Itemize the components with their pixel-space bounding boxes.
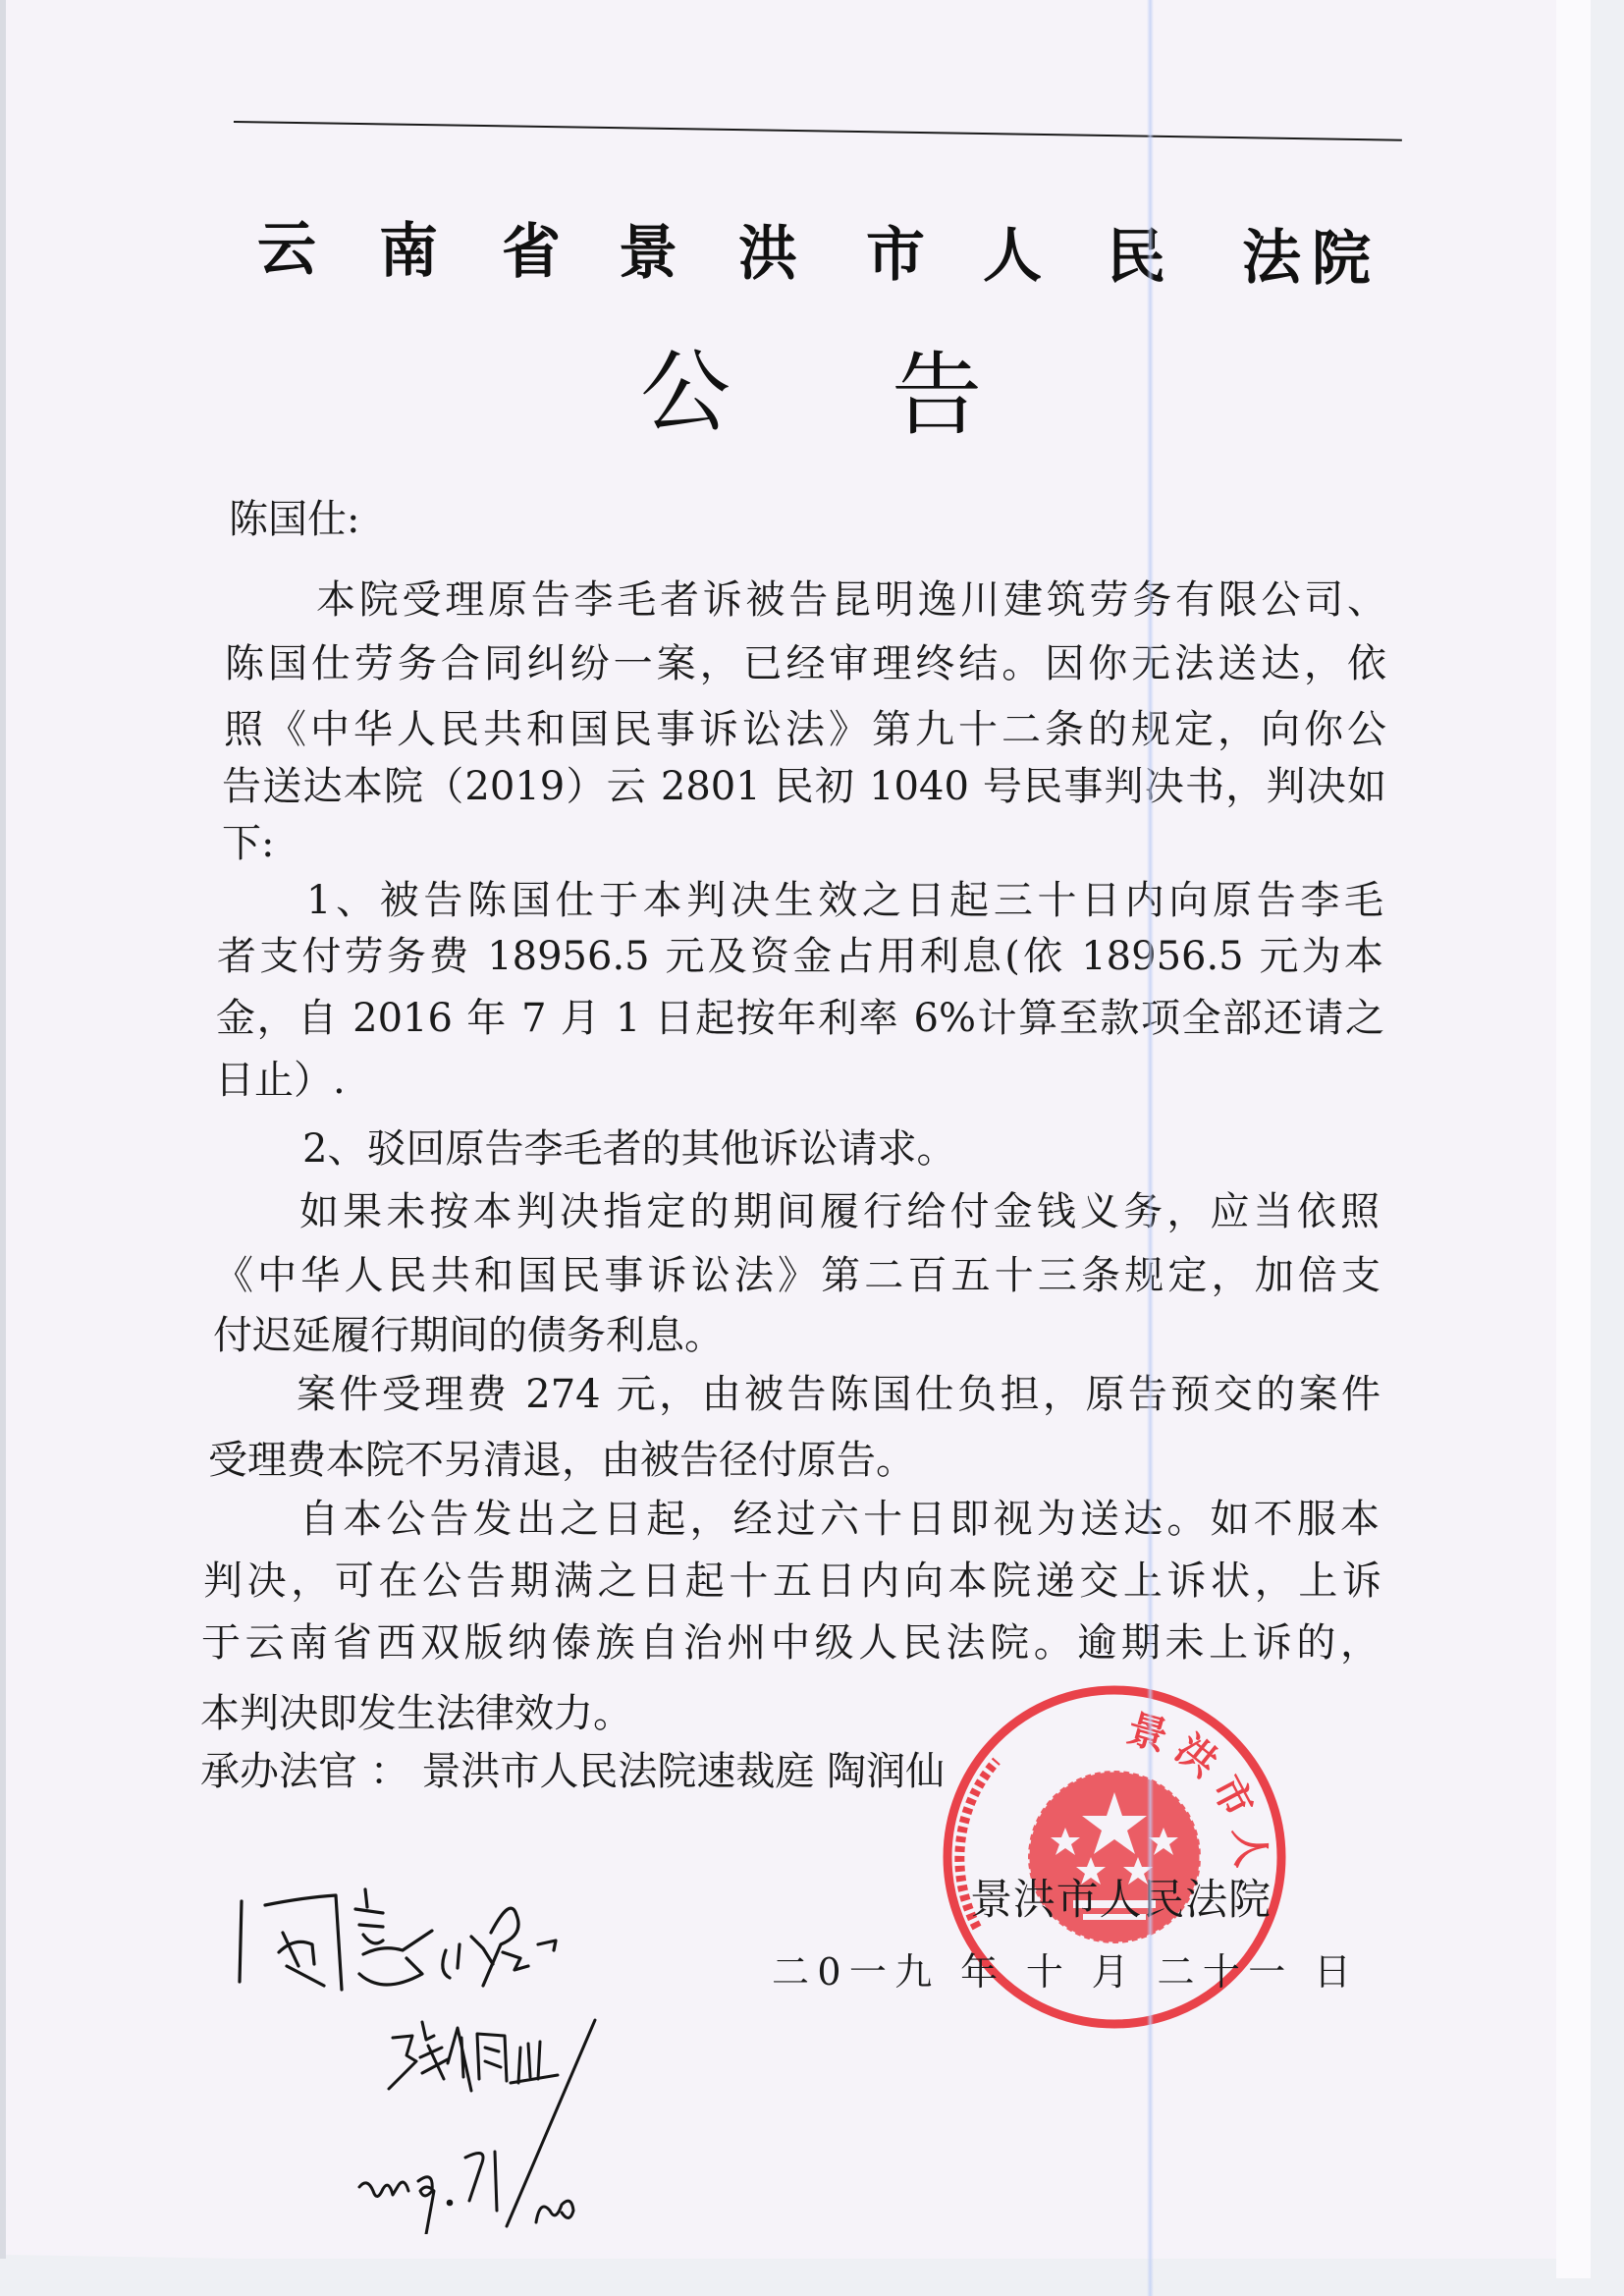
body-line: 告送达本院（2019）云 2801 民初 1040 号民事判决书，判决如 xyxy=(222,763,1386,810)
signing-court: 景洪市人民法院 xyxy=(970,1874,1271,1927)
presiding-judge: 承办法官 ： 景洪市人民法院速裁庭 陶润仙 xyxy=(200,1748,945,1795)
body-line: 者支付劳务费 18956.5 元及资金占用利息(依 18956.5 元为本 xyxy=(217,933,1383,980)
handwritten-date xyxy=(344,2008,628,2234)
court-name-char: 云 xyxy=(257,210,316,289)
body-line: 《中华人民共和国民事诉讼法》第二百五十三条规定，加倍支 xyxy=(214,1252,1380,1299)
signing-date: 二0一九 年 十 月 二十一 日 xyxy=(772,1950,1351,1994)
title-char: 告 xyxy=(892,342,982,450)
body-line: 下: xyxy=(222,820,274,867)
court-name-char: 洪 xyxy=(738,215,797,294)
court-name-char: 院 xyxy=(1312,220,1371,299)
judgment-item-1: 1、被告陈国仕于本判决生效之日起三十日内向原告李毛 xyxy=(306,877,1383,924)
addressee: 陈国仕: xyxy=(229,496,359,543)
court-name-char: 市 xyxy=(866,216,925,295)
body-line: 金，自 2016 年 7 月 1 日起按年利率 6%计算至款项全部还请之 xyxy=(216,995,1384,1042)
body-line: 本判决即发生法律效力。 xyxy=(200,1690,632,1737)
title-char: 公 xyxy=(640,339,731,447)
body-line: 如果未按本判决指定的期间履行给付金钱义务，应当依照 xyxy=(299,1188,1380,1235)
body-line: 受理费本院不另清退，由被告径付原告。 xyxy=(208,1437,915,1484)
body-line: 本院受理原告李毛者诉被告昆明逸川建筑劳务有限公司、 xyxy=(316,576,1386,624)
scan-artifact-streak xyxy=(1147,0,1154,2296)
body-line: 日止）. xyxy=(215,1057,346,1104)
court-name-char: 人 xyxy=(983,217,1042,296)
body-line: 照《中华人民共和国民事诉讼法》第九十二条的规定，向你公 xyxy=(224,706,1386,753)
body-line: 案件受理费 274 元，由被告陈国仕负担，原告预交的案件 xyxy=(297,1371,1380,1418)
judgment-item-2: 2、驳回原告李毛者的其他诉讼请求。 xyxy=(302,1125,955,1173)
notice-title: 公 告 xyxy=(0,339,1624,447)
court-name-char: 省 xyxy=(502,213,561,292)
body-line: 陈国仕劳务合同纠纷一案，已经审理终结。因你无法送达，依 xyxy=(225,640,1386,687)
body-line: 付迟延履行期间的债务利息。 xyxy=(213,1312,724,1359)
court-name-char: 南 xyxy=(379,212,438,291)
body-line: 于云南省西双版纳傣族自治州中级人民法院。逾期未上诉的， xyxy=(201,1619,1380,1667)
handwritten-slash xyxy=(507,2020,595,2226)
court-name-heading: 云 南 省 景 洪 市 人 民 法 院 xyxy=(0,210,1624,289)
body-line: 自本公告发出之日起，经过六十日即视为送达。如不服本 xyxy=(299,1496,1380,1543)
court-name-char: 民 xyxy=(1107,218,1165,297)
court-name-char: 法 xyxy=(1242,219,1301,298)
body-line: 判决，可在公告期满之日起十五日内向本院递交上诉状，上诉 xyxy=(203,1558,1381,1605)
court-name-char: 景 xyxy=(619,214,677,293)
handwritten-approval xyxy=(226,1876,579,1994)
